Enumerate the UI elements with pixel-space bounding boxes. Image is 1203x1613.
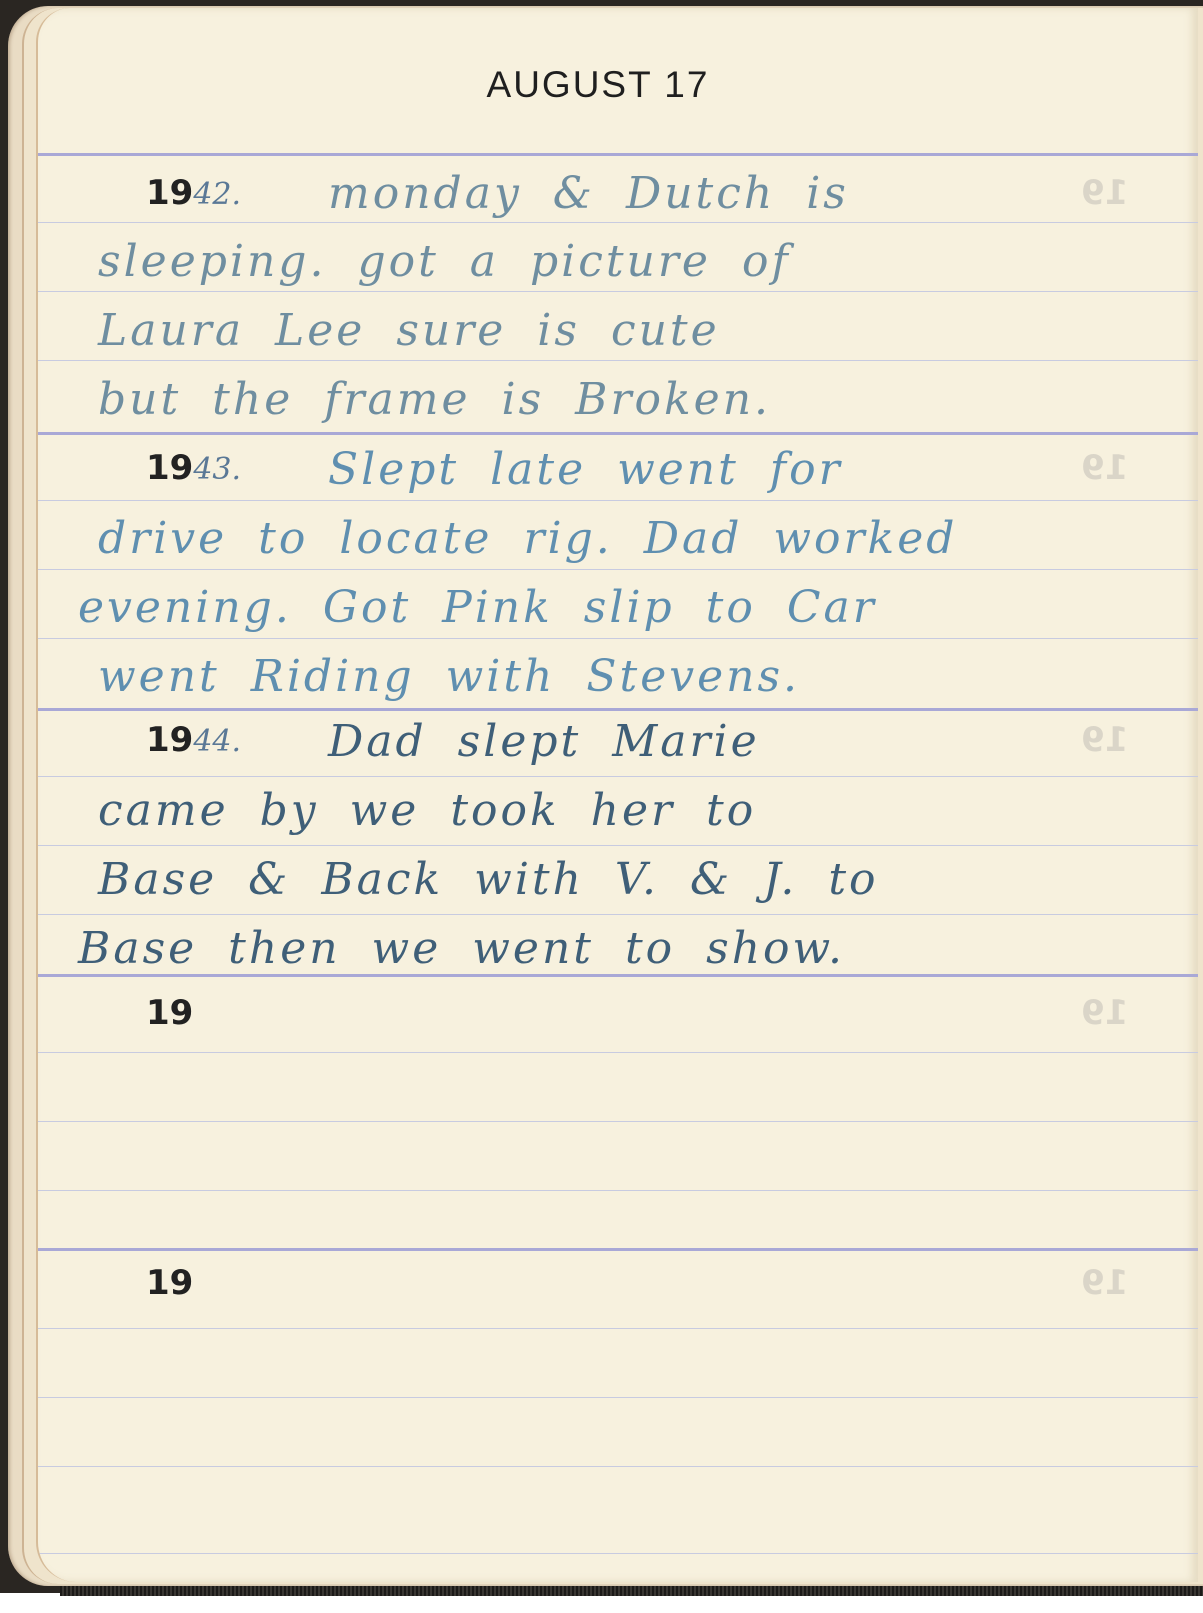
section-rule xyxy=(38,432,1198,435)
bleed-through-year: 19 xyxy=(1081,993,1128,1033)
entry-line: Dad slept Marie xyxy=(328,716,1168,767)
entry-year-1942: 1942. xyxy=(146,173,241,213)
line-rule xyxy=(38,1397,1198,1398)
section-rule xyxy=(38,153,1198,156)
year-suffix: 42. xyxy=(193,177,241,212)
bleed-through-year: 19 xyxy=(1081,1263,1128,1303)
entry-year-blank: 19 xyxy=(146,993,193,1033)
line-rule xyxy=(38,1466,1198,1467)
page-date-heading: AUGUST 17 xyxy=(38,64,1198,106)
entry-line: Base then we went to show. xyxy=(78,923,1168,974)
section-rule xyxy=(38,1248,1198,1251)
year-suffix: 44. xyxy=(193,724,241,759)
entry-line: sleeping. got a picture of xyxy=(98,236,1168,287)
entry-line: monday & Dutch is xyxy=(328,168,1168,219)
line-rule xyxy=(38,222,1198,223)
line-rule xyxy=(38,845,1198,846)
year-prefix: 19 xyxy=(146,720,193,760)
entry-line: went Riding with Stevens. xyxy=(98,651,1168,702)
year-prefix: 19 xyxy=(146,448,193,488)
entry-line: but the frame is Broken. xyxy=(98,374,1168,425)
entry-line: Base & Back with V. & J. to xyxy=(98,854,1168,905)
entry-line: came by we took her to xyxy=(98,785,1168,836)
entry-line: evening. Got Pink slip to Car xyxy=(78,582,1168,633)
entry-line: drive to locate rig. Dad worked xyxy=(98,513,1168,564)
line-rule xyxy=(38,1121,1198,1122)
year-prefix: 19 xyxy=(146,1263,193,1303)
year-prefix: 19 xyxy=(146,993,193,1033)
line-rule xyxy=(38,1190,1198,1191)
entry-line: Slept late went for xyxy=(328,444,1168,495)
line-rule xyxy=(38,776,1198,777)
year-prefix: 19 xyxy=(146,173,193,213)
line-rule xyxy=(38,1553,1198,1554)
line-rule xyxy=(38,1052,1198,1053)
entry-line: Laura Lee sure is cute xyxy=(98,305,1168,356)
year-suffix: 43. xyxy=(193,452,241,487)
diary-page: AUGUST 17 19 19 19 19 19 1942. monday & … xyxy=(36,8,1198,1582)
entry-year-1944: 1944. xyxy=(146,720,241,760)
book-bottom-edge xyxy=(60,1586,1203,1596)
line-rule xyxy=(38,291,1198,292)
line-rule xyxy=(38,569,1198,570)
line-rule xyxy=(38,500,1198,501)
section-rule xyxy=(38,708,1198,711)
entry-year-1943: 1943. xyxy=(146,448,241,488)
line-rule xyxy=(38,914,1198,915)
section-rule xyxy=(38,974,1198,977)
entry-year-blank: 19 xyxy=(146,1263,193,1303)
line-rule xyxy=(38,1328,1198,1329)
line-rule xyxy=(38,360,1198,361)
line-rule xyxy=(38,638,1198,639)
